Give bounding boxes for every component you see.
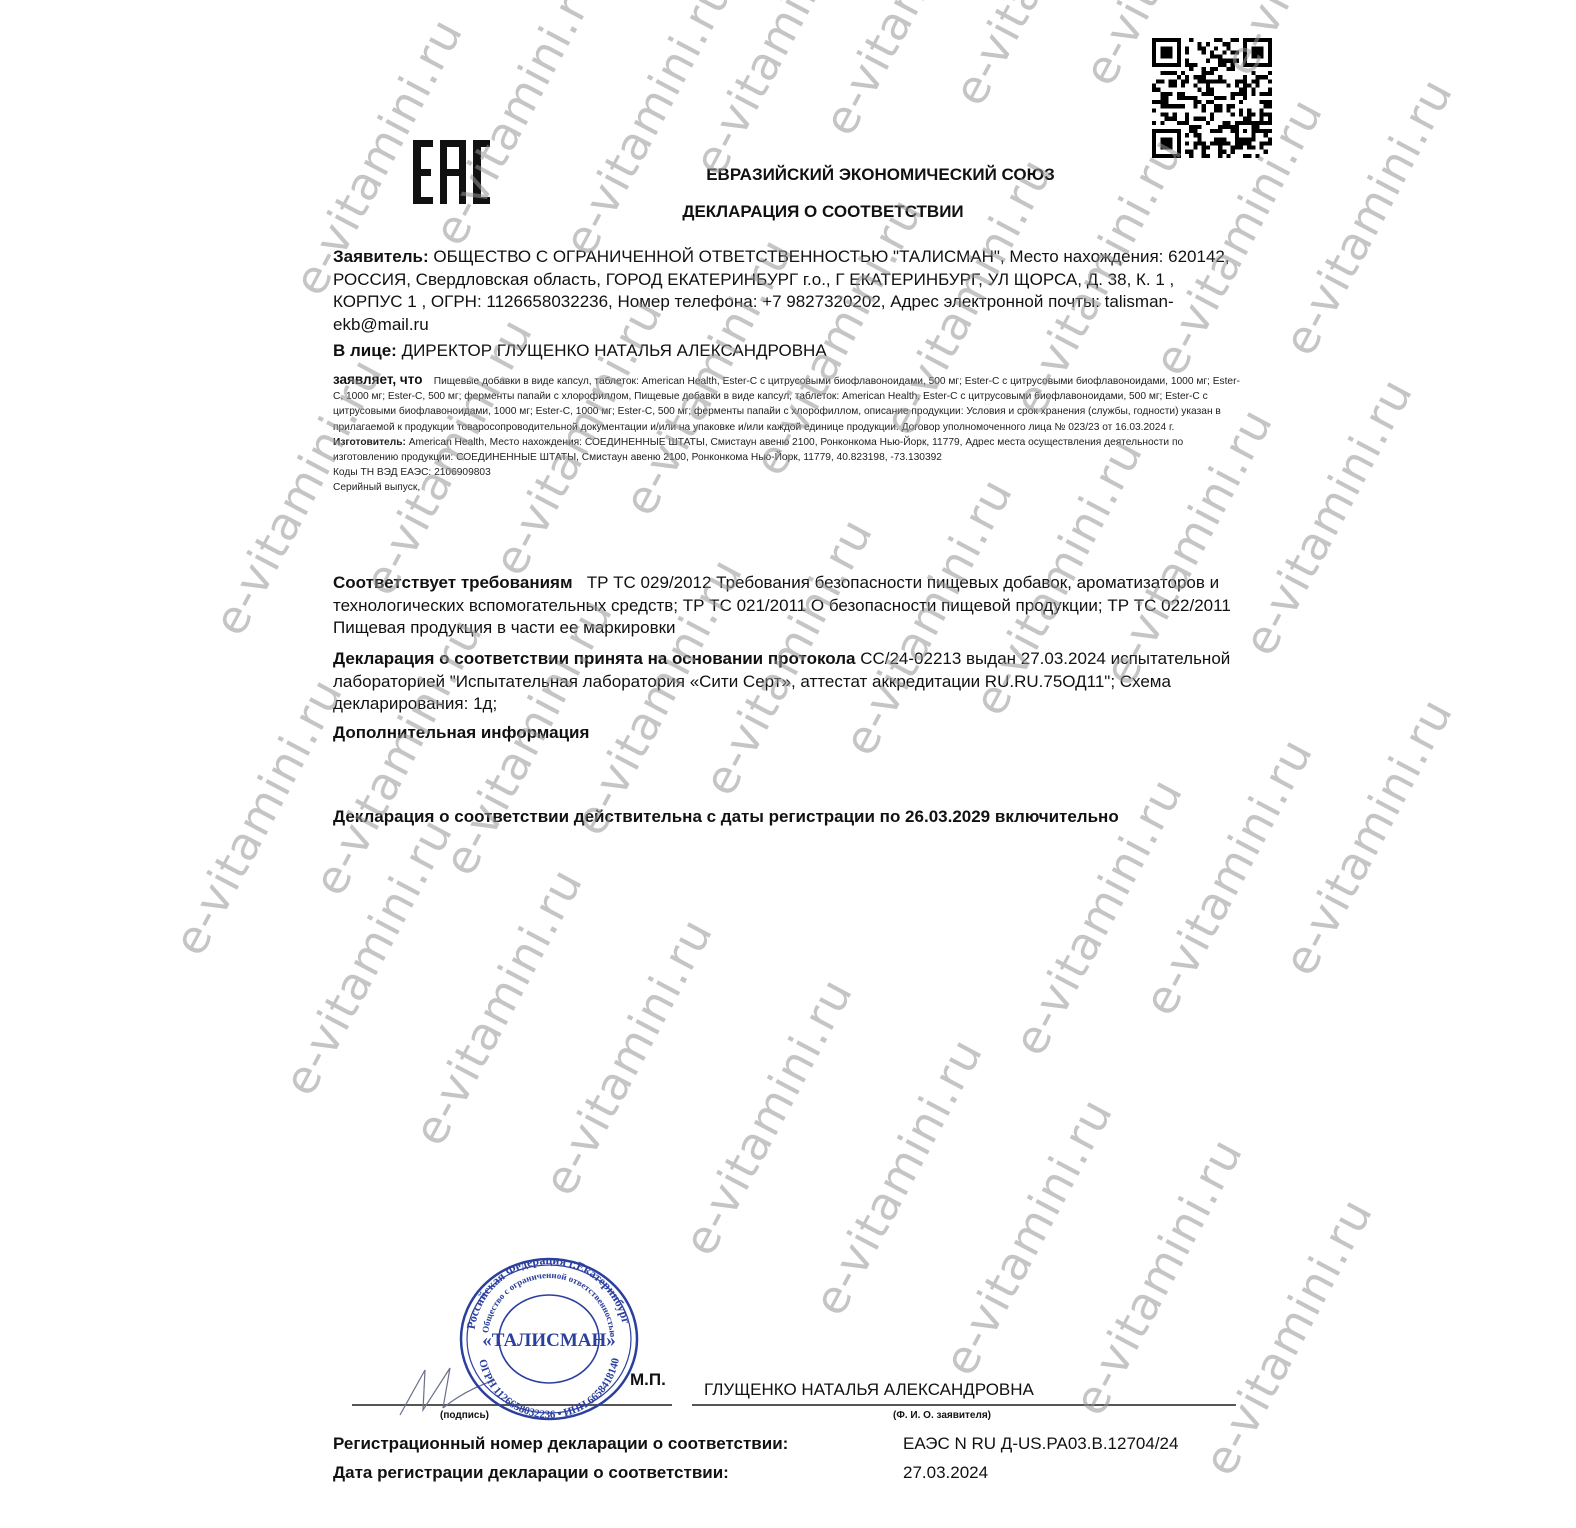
basis-section: Декларация о соответствии принята на осн… bbox=[333, 648, 1253, 716]
watermark-text: e-vitamini.ru bbox=[402, 859, 593, 1154]
declares-label: заявляет, что bbox=[333, 372, 422, 387]
watermark-text: e-vitamini.ru bbox=[672, 969, 863, 1264]
stamp-center-text: «ТАЛИСМАН» bbox=[482, 1330, 616, 1351]
registration-date: 27.03.2024 bbox=[903, 1463, 988, 1483]
manufacturer-text: American Health, Место нахождения: СОЕДИ… bbox=[333, 437, 1183, 463]
signatory-name: ГЛУЩЕНКО НАТАЛЬЯ АЛЕКСАНДРОВНА bbox=[704, 1380, 1034, 1400]
applicant-section: Заявитель: ОБЩЕСТВО С ОГРАНИЧЕННОЙ ОТВЕТ… bbox=[333, 246, 1233, 336]
watermark-text: e-vitamini.ru bbox=[1062, 1129, 1253, 1424]
watermark-text: e-vitamini.ru bbox=[1232, 369, 1423, 664]
watermark-layer: e-vitamini.rue-vitamini.rue-vitamini.rue… bbox=[0, 0, 1576, 1528]
basis-label: Декларация о соответствии принята на осн… bbox=[333, 649, 855, 668]
validity-statement: Декларация о соответствии действительна … bbox=[333, 806, 1133, 829]
applicant-person: В лице: ДИРЕКТОР ГЛУЩЕНКО НАТАЛЬЯ АЛЕКСА… bbox=[333, 340, 1233, 363]
applicant-label: Заявитель: bbox=[333, 247, 429, 266]
watermark-text: e-vitamini.ru bbox=[802, 1029, 993, 1324]
watermark-text: e-vitamini.ru bbox=[942, 0, 1133, 114]
stamp-ring-bottom: ОГРН 1126658032236 • ИНН 6658418140 bbox=[476, 1357, 622, 1421]
watermark-text: e-vitamini.ru bbox=[932, 1089, 1123, 1384]
registration-number-label: Регистрационный номер декларации о соотв… bbox=[333, 1434, 788, 1454]
watermark-text: e-vitamini.ru bbox=[1272, 689, 1463, 984]
watermark-text: e-vitamini.ru bbox=[272, 809, 463, 1104]
qr-code-icon[interactable] bbox=[1150, 38, 1274, 158]
hs-codes: Коды ТН ВЭД ЕАЭС: 2106909803 bbox=[333, 467, 491, 478]
conformity-section: Соответствует требованиям ТР ТС 029/2012… bbox=[333, 572, 1243, 640]
name-line bbox=[692, 1404, 1236, 1406]
company-stamp-icon: Российская Федерация г.Екатеринбург Обще… bbox=[456, 1255, 642, 1423]
manufacturer-label: Изготовитель: bbox=[333, 437, 406, 448]
union-heading: ЕВРАЗИЙСКИЙ ЭКОНОМИЧЕСКИЙ СОЮЗ bbox=[0, 165, 1576, 185]
watermark-text: e-vitamini.ru bbox=[812, 0, 1003, 144]
registration-number: ЕАЭС N RU Д-US.РА03.В.12704/24 bbox=[903, 1434, 1178, 1454]
watermark-text: e-vitamini.ru bbox=[1192, 1189, 1383, 1484]
conformity-label: Соответствует требованиям bbox=[333, 573, 573, 592]
watermark-text: e-vitamini.ru bbox=[1132, 729, 1323, 1024]
watermark-text: e-vitamini.ru bbox=[532, 909, 723, 1204]
document-title: ДЕКЛАРАЦИЯ О СООТВЕТСТВИИ bbox=[0, 202, 1576, 222]
additional-info-heading: Дополнительная информация bbox=[333, 722, 1233, 745]
product-description: Пищевые добавки в виде капсул, таблеток:… bbox=[333, 376, 1240, 433]
watermark-text: e-vitamini.ru bbox=[162, 669, 353, 964]
watermark-text: e-vitamini.ru bbox=[682, 0, 873, 184]
watermark-text: e-vitamini.ru bbox=[552, 0, 743, 264]
name-caption: (Ф. И. О. заявителя) bbox=[893, 1410, 991, 1421]
person-name: ДИРЕКТОР ГЛУЩЕНКО НАТАЛЬЯ АЛЕКСАНДРОВНА bbox=[402, 341, 827, 360]
applicant-text: ОБЩЕСТВО С ОГРАНИЧЕННОЙ ОТВЕТСТВЕННОСТЬЮ… bbox=[333, 247, 1230, 334]
person-label: В лице: bbox=[333, 341, 397, 360]
release-type: Серийный выпуск, bbox=[333, 482, 420, 493]
svg-text:ОГРН 1126658032236 • ИНН 66584: ОГРН 1126658032236 • ИНН 6658418140 bbox=[476, 1357, 622, 1421]
registration-date-label: Дата регистрации декларации о соответств… bbox=[333, 1463, 729, 1483]
declares-section: заявляет, что Пищевые добавки в виде кап… bbox=[333, 372, 1248, 496]
